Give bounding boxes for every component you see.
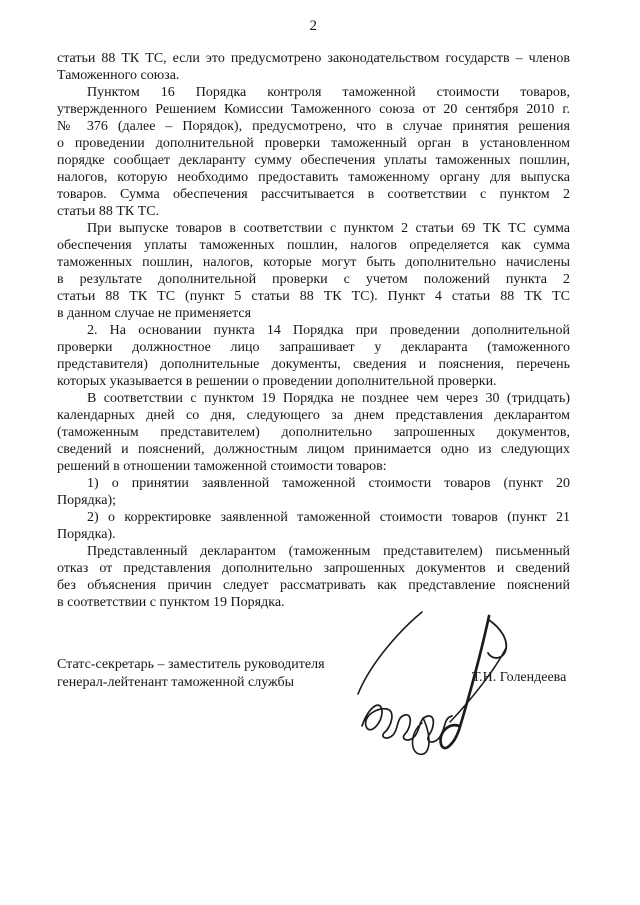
text-line: отказ от представления дополнительно зап… <box>57 560 570 577</box>
signer-position-line2: генерал-лейтенант таможенной службы <box>57 674 325 692</box>
signer-name: Т.Н. Голендеева <box>472 670 566 686</box>
text-line: обеспечения уплаты таможенных пошлин, на… <box>57 237 570 254</box>
text-line: таможенных пошлин, налогов, которые могу… <box>57 254 570 271</box>
text-line: статьи 88 ТК ТС (пункт 5 статьи 88 ТК ТС… <box>57 288 570 305</box>
page-number: 2 <box>57 18 570 35</box>
text-line: решений в отношении таможенной стоимости… <box>57 458 570 475</box>
text-line: 2. На основании пункта 14 Порядка при пр… <box>57 322 570 339</box>
text-line: в результате дополнительной проверки с у… <box>57 271 570 288</box>
text-line: Порядка); <box>57 492 570 509</box>
text-line: Таможенного союза. <box>57 67 570 84</box>
text-line: статьи 88 ТК ТС, если это предусмотрено … <box>57 50 570 67</box>
text-line: календарных дней со дня, следующего за д… <box>57 407 570 424</box>
text-line: без объяснения причин следует рассматрив… <box>57 577 570 594</box>
text-line: (таможенным представителем) дополнительн… <box>57 424 570 441</box>
text-line: сведений и пояснений, должностным лицом … <box>57 441 570 458</box>
text-line: порядке сообщает декларанту сумму обеспе… <box>57 152 570 169</box>
text-line: товаров. Сумма обеспечения рассчитываетс… <box>57 186 570 203</box>
text-line: утвержденного Решением Комиссии Таможенн… <box>57 101 570 118</box>
text-line: представителя) дополнительные документы,… <box>57 356 570 373</box>
text-line: в данном случае не применяется <box>57 305 570 322</box>
text-line: Порядка). <box>57 526 570 543</box>
text-line: Пунктом 16 Порядка контроля таможенной с… <box>57 84 570 101</box>
text-line: о проведении дополнительной проверки там… <box>57 135 570 152</box>
text-line: проверки должностное лицо запрашивает у … <box>57 339 570 356</box>
text-line: Представленный декларантом (таможенным п… <box>57 543 570 560</box>
text-line: При выпуске товаров в соответствии с пун… <box>57 220 570 237</box>
text-line: В соответствии с пунктом 19 Порядка не п… <box>57 390 570 407</box>
text-line: налогов, которую необходимо предоставить… <box>57 169 570 186</box>
signer-position-line1: Статс-секретарь – заместитель руководите… <box>57 656 325 674</box>
text-line: которых указывается в решении о проведен… <box>57 373 570 390</box>
text-line: № 376 (далее – Порядок), предусмотрено, … <box>57 118 570 135</box>
document-page: 2 статьи 88 ТК ТС, если это предусмотрен… <box>0 0 640 905</box>
text-line: статьи 88 ТК ТС. <box>57 203 570 220</box>
signature-ascender-stroke <box>358 612 422 694</box>
signature-cursive-stroke <box>362 705 452 742</box>
text-line: 2) о корректировке заявленной таможенной… <box>57 509 570 526</box>
document-body: статьи 88 ТК ТС, если это предусмотрено … <box>57 50 570 611</box>
signer-position: Статс-секретарь – заместитель руководите… <box>57 656 325 692</box>
text-line: 1) о принятии заявленной таможенной стои… <box>57 475 570 492</box>
